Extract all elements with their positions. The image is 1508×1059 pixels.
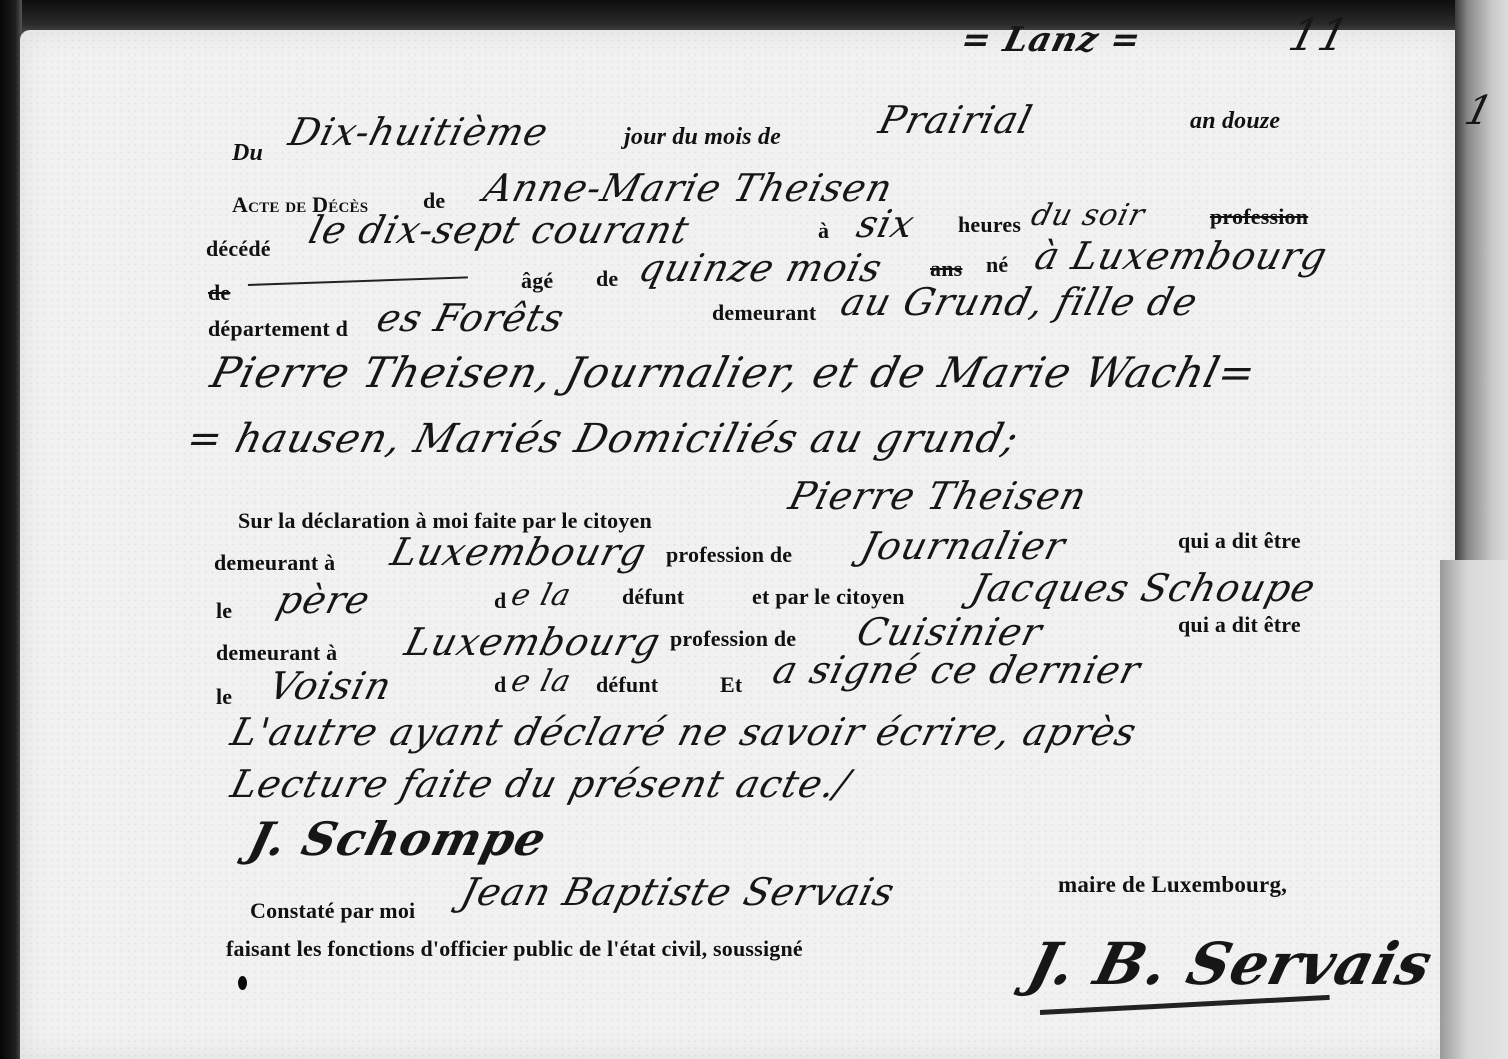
label-le-2: le bbox=[216, 684, 232, 710]
birthplace-handwritten: à Luxembourg bbox=[1031, 234, 1333, 278]
declarant1-name-handwritten: Pierre Theisen bbox=[785, 474, 1092, 518]
scan-frame-left bbox=[0, 0, 22, 1059]
witness-signature: J. Schompe bbox=[243, 812, 552, 866]
label-defunt-2: défunt bbox=[596, 672, 658, 698]
label-d-2: d bbox=[494, 672, 506, 698]
de-la-1-handwritten: e la bbox=[508, 578, 576, 613]
label-faisant-les-fonctions: faisant les fonctions d'officier public … bbox=[226, 936, 803, 962]
ink-blot bbox=[238, 976, 247, 990]
label-defunt-1: défunt bbox=[622, 584, 684, 610]
signature-clause-line2-handwritten: L'autre ayant déclaré ne savoir écrire, … bbox=[227, 710, 1142, 754]
declarant2-relation-handwritten: Voisin bbox=[265, 664, 397, 708]
label-qui-a-dit-etre-2: qui a dit être bbox=[1178, 612, 1301, 638]
label-qui-a-dit-etre-1: qui a dit être bbox=[1178, 528, 1301, 554]
label-demeurant-a-2: demeurant à bbox=[216, 640, 337, 666]
declarant2-residence-handwritten: Luxembourg bbox=[401, 620, 666, 664]
label-heures: heures bbox=[958, 212, 1021, 238]
label-decede: décédé bbox=[206, 236, 271, 262]
signature-clause-line1-handwritten: a signé ce dernier bbox=[769, 648, 1146, 692]
label-de-2-struck: de bbox=[208, 280, 230, 306]
deceased-name-handwritten: Anne-Marie Theisen bbox=[480, 166, 898, 210]
signature-clause-line3-handwritten: Lecture faite du présent acte./ bbox=[227, 762, 855, 806]
label-demeurant-a-1: demeurant à bbox=[214, 550, 335, 576]
departement-handwritten: es Forêts bbox=[373, 296, 570, 340]
death-hour-handwritten: six bbox=[853, 202, 920, 246]
label-profession-struck: profession bbox=[1210, 204, 1308, 230]
label-et: Et bbox=[720, 672, 742, 698]
label-et-par-le-citoyen: et par le citoyen bbox=[752, 584, 905, 610]
de-la-2-handwritten: e la bbox=[508, 664, 576, 699]
declarant1-relation-handwritten: père bbox=[273, 578, 375, 622]
death-time-handwritten: du soir bbox=[1028, 198, 1149, 233]
officer-name-handwritten: Jean Baptiste Servais bbox=[457, 870, 900, 914]
margin-note-name: = Lanz = bbox=[957, 20, 1146, 60]
day-handwritten: Dix-huitième bbox=[285, 110, 554, 154]
label-an-douze: an douze bbox=[1190, 108, 1280, 135]
month-handwritten: Prairial bbox=[875, 98, 1038, 142]
label-ne: né bbox=[986, 252, 1008, 278]
death-date-handwritten: le dix-sept courant bbox=[305, 208, 695, 252]
declarant1-profession-handwritten: Journalier bbox=[857, 524, 1071, 568]
label-profession-de-2: profession de bbox=[670, 626, 796, 652]
label-a-1: à bbox=[818, 218, 829, 244]
label-le-1: le bbox=[216, 598, 232, 624]
parents-line1-handwritten: Pierre Theisen, Journalier, et de Marie … bbox=[206, 348, 1262, 397]
label-departement: département d bbox=[208, 316, 348, 342]
label-age-de: de bbox=[596, 266, 618, 292]
label-ans-struck: ans bbox=[930, 256, 962, 282]
parents-line2-handwritten: = hausen, Mariés Domiciliés au grund; bbox=[182, 416, 1023, 462]
mayor-signature: J. B. Servais bbox=[1022, 930, 1440, 998]
label-constate-par-moi: Constaté par moi bbox=[250, 898, 415, 924]
label-du: Du bbox=[232, 140, 263, 167]
label-d-1: d bbox=[494, 588, 506, 614]
label-profession-de-1: profession de bbox=[666, 542, 792, 568]
page-edge-right-lower bbox=[1440, 560, 1508, 1059]
label-jour-du-mois-de: jour du mois de bbox=[624, 124, 781, 151]
label-maire-de-luxembourg: maire de Luxembourg, bbox=[1058, 872, 1287, 898]
label-age: âgé bbox=[521, 268, 553, 294]
label-demeurant-1: demeurant bbox=[712, 300, 816, 326]
declarant2-name-handwritten: Jacques Schoupe bbox=[967, 566, 1321, 610]
residence-handwritten: au Grund, fille de bbox=[837, 280, 1203, 324]
declarant1-residence-handwritten: Luxembourg bbox=[387, 530, 652, 574]
